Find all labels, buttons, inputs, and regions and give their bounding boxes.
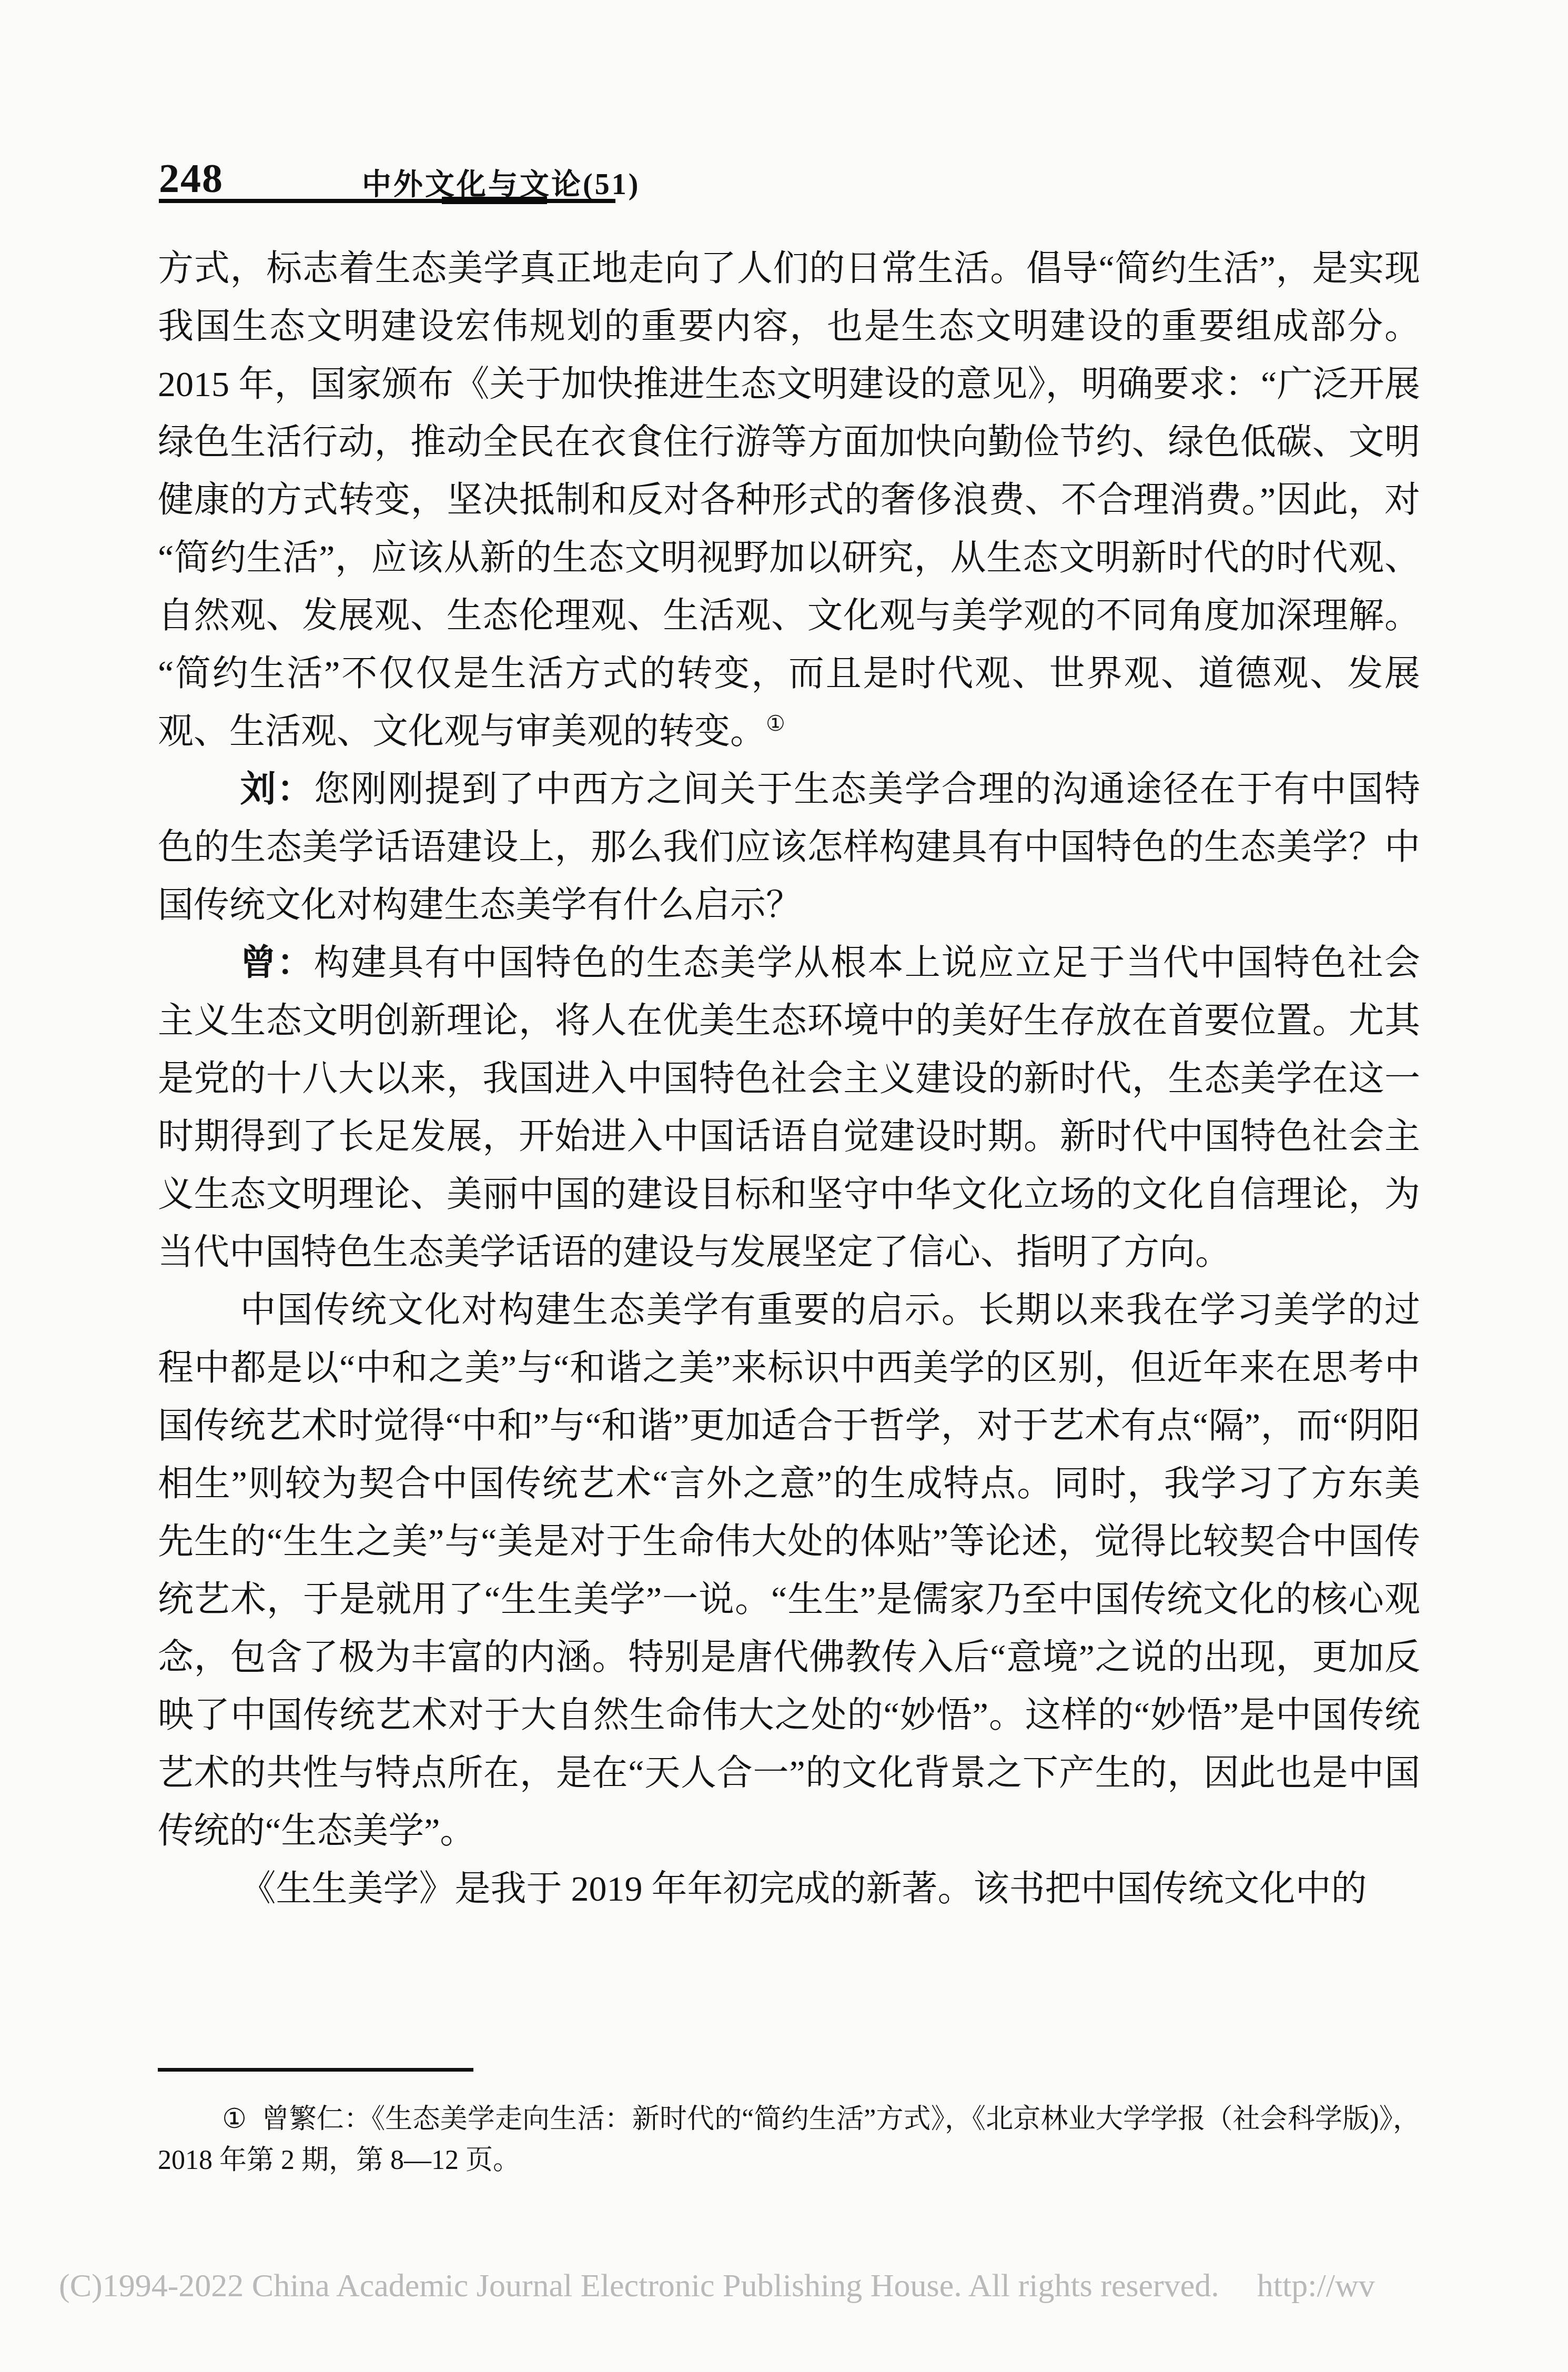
watermark-copyright-text: (C)1994-2022 China Academic Journal Elec… xyxy=(59,2268,1219,2304)
paragraph-text: 中国传统文化对构建生态美学有重要的启示。长期以来我在学习美学的过程中都是以“中和… xyxy=(158,1290,1420,1851)
footnote: ①曾繁仁：《生态美学走向生活：新时代的“简约生活”方式》，《北京林业大学学报（社… xyxy=(158,2099,1420,2181)
paragraph: 中国传统文化对构建生态美学有重要的启示。长期以来我在学习美学的过程中都是以“中和… xyxy=(158,1281,1420,1860)
article-body: 方式，标志着生态美学真正地走向了人们的日常生活。倡导“简约生活”，是实现我国生态… xyxy=(158,239,1420,1917)
paragraph-text: 方式，标志着生态美学真正地走向了人们的日常生活。倡导“简约生活”，是实现我国生态… xyxy=(158,248,1420,751)
paragraph: 《生生美学》是我于 2019 年年初完成的新著。该书把中国传统文化中的 xyxy=(158,1860,1420,1917)
speaker-label: 曾： xyxy=(240,943,313,983)
scanned-page: { "page": { "number": "248", "header_tit… xyxy=(0,0,1568,2372)
footnote-ref-mark: ① xyxy=(766,712,785,735)
watermark: (C)1994-2022 China Academic Journal Elec… xyxy=(59,2267,1375,2305)
footnote-divider-rule xyxy=(158,2068,473,2072)
paragraph-text: 您刚刚提到了中西方之间关于生态美学合理的沟通途径在于有中国特色的生态美学话语建设… xyxy=(158,769,1420,925)
footnote-marker: ① xyxy=(222,2104,247,2134)
footnote-text: 曾繁仁：《生态美学走向生活：新时代的“简约生活”方式》，《北京林业大学学报（社会… xyxy=(158,2104,1420,2175)
paragraph: 方式，标志着生态美学真正地走向了人们的日常生活。倡导“简约生活”，是实现我国生态… xyxy=(158,239,1420,760)
speaker-label: 刘： xyxy=(240,769,313,809)
header-rule-thick-segment xyxy=(442,197,547,204)
paragraph-text: 《生生美学》是我于 2019 年年初完成的新著。该书把中国传统文化中的 xyxy=(240,1869,1367,1909)
paragraph: 刘：您刚刚提到了中西方之间关于生态美学合理的沟通途径在于有中国特色的生态美学话语… xyxy=(158,760,1420,934)
page-number: 248 xyxy=(159,155,224,202)
paragraph-text: 构建具有中国特色的生态美学从根本上说应立足于当代中国特色社会主义生态文明创新理论… xyxy=(158,943,1420,1272)
watermark-url-fragment: http://wv xyxy=(1257,2268,1375,2304)
paragraph: 曾：构建具有中国特色的生态美学从根本上说应立足于当代中国特色社会主义生态文明创新… xyxy=(158,934,1420,1281)
